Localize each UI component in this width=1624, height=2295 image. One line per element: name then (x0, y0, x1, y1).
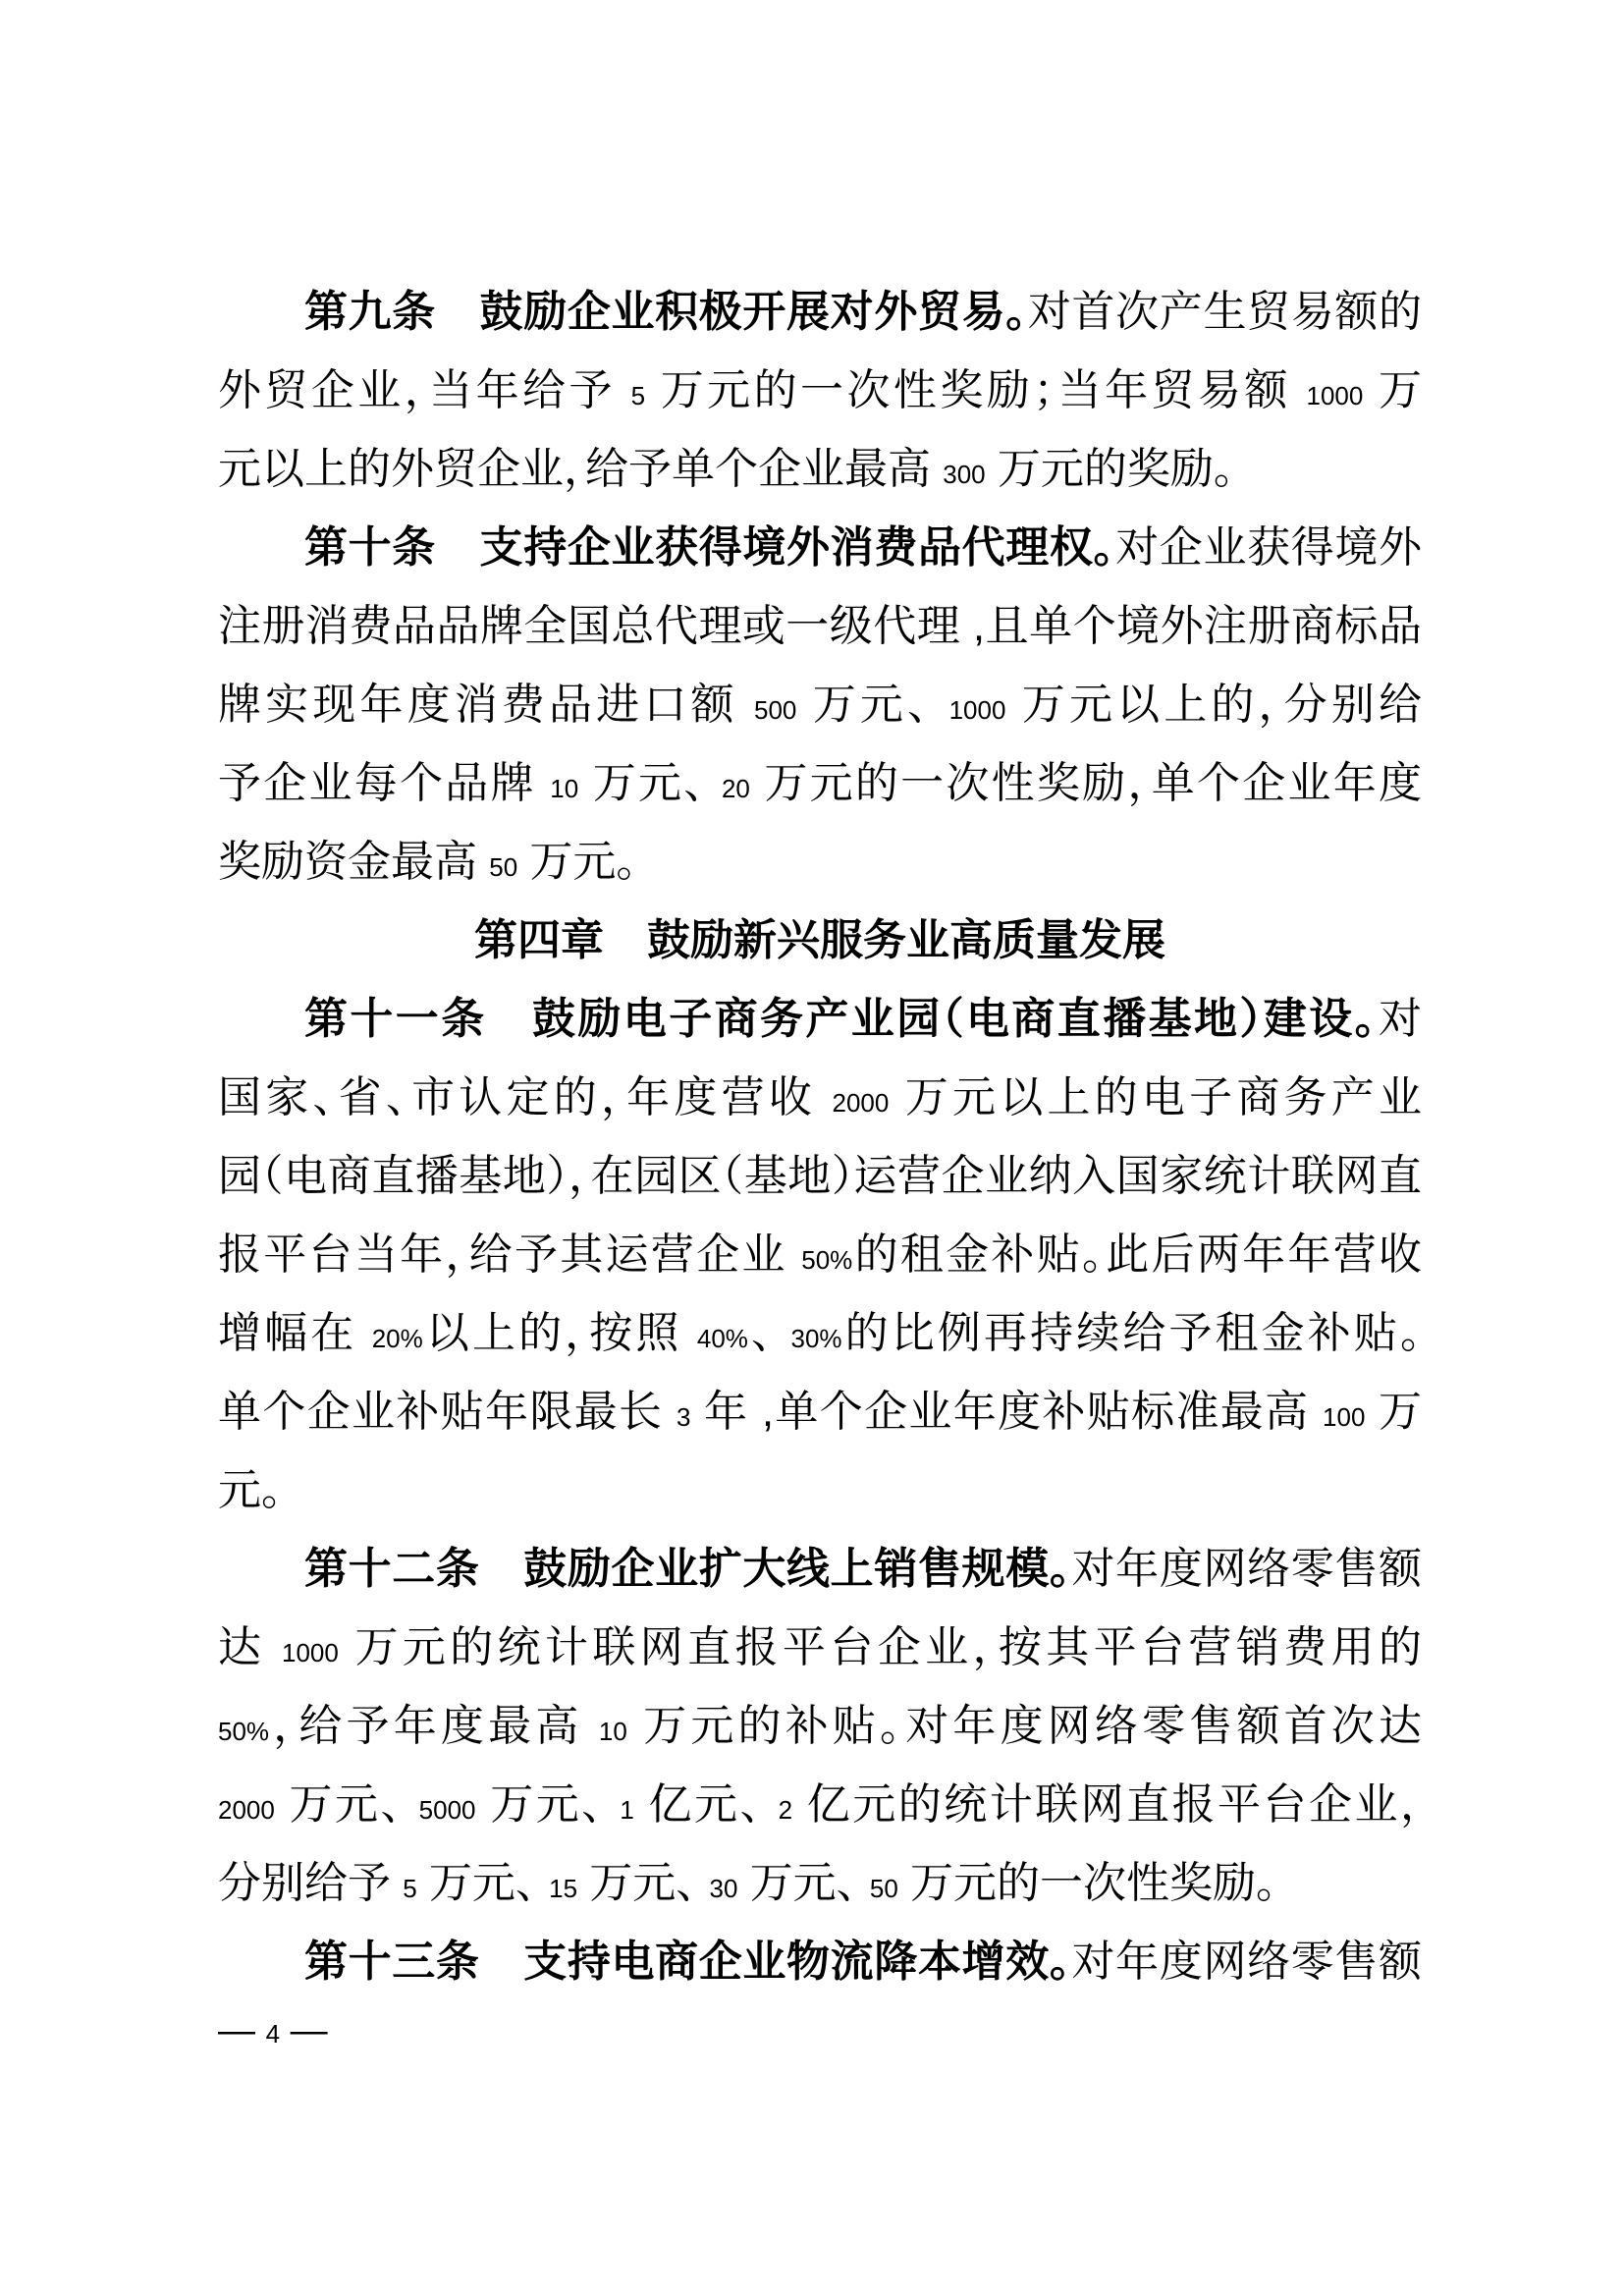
line-text: 50%，给予年度最高 10 万元的补贴。对年度网络零售额首次达 (218, 1702, 1422, 1750)
text-line: 达 1000 万元的统计联网直报平台企业，按其平台营销费用的 (218, 1609, 1422, 1687)
text-line: 分别给予 5 万元、 15 万元、 30 万元、 50 万元的一次性奖励。 (218, 1844, 1422, 1923)
text-line: 国家、省、市认定的，年度营收 2000 万元以上的电子商务产业 (218, 1059, 1422, 1137)
text-line: 牌实现年度消费品进口额 500 万元、 1000 万元以上的，分别给 (218, 666, 1422, 744)
line-text: 增幅在 20%以上的，按照 40%、 30%的比例再持续给予租金补贴。 (218, 1309, 1422, 1357)
line-text: 对 (1379, 995, 1422, 1043)
line-text: 报平台当年，给予其运营企业 50%的租金补贴。此后两年年营收 (218, 1230, 1422, 1279)
line-text: 予企业每个品牌 10 万元、 20 万元的一次性奖励，单个企业年度 (218, 759, 1422, 807)
line-text: 对年度网络零售额 (1072, 1545, 1422, 1593)
article-10-heading: 第十条 支持企业获得境外消费品代理权。 (304, 523, 1115, 572)
line-text: 对企业获得境外 (1115, 523, 1422, 572)
article-12-heading: 第十二条 鼓励企业扩大线上销售规模。 (304, 1545, 1072, 1593)
line-text: 国家、省、市认定的，年度营收 2000 万元以上的电子商务产业 (218, 1073, 1422, 1121)
line-text: 对首次产生贸易额的 (1028, 288, 1422, 336)
text-line: 元。 (218, 1451, 1422, 1530)
document-page: 第九条 鼓励企业积极开展对外贸易。对首次产生贸易额的 外贸企业，当年给予 5 万… (0, 0, 1624, 2295)
text-line: 单个企业补贴年限最长 3 年 ,单个企业年度补贴标准最高 100 万 (218, 1373, 1422, 1451)
document-body: 第九条 鼓励企业积极开展对外贸易。对首次产生贸易额的 外贸企业，当年给予 5 万… (218, 273, 1422, 2001)
line-text: 达 1000 万元的统计联网直报平台企业，按其平台营销费用的 (218, 1623, 1422, 1671)
text-line: 予企业每个品牌 10 万元、 20 万元的一次性奖励，单个企业年度 (218, 744, 1422, 823)
line-text: 牌实现年度消费品进口额 500 万元、 1000 万元以上的，分别给 (218, 681, 1422, 729)
page-number-text: — 4 — (218, 2010, 328, 2051)
text-line: 50%，给予年度最高 10 万元的补贴。对年度网络零售额首次达 (218, 1687, 1422, 1766)
chapter-4-heading: 第四章 鼓励新兴服务业高质量发展 (474, 916, 1165, 964)
text-line: 第十条 支持企业获得境外消费品代理权。对企业获得境外 (218, 509, 1422, 587)
line-text: 奖励资金最高 50 万元。 (218, 838, 637, 886)
line-text: 分别给予 5 万元、 15 万元、 30 万元、 50 万元的一次性奖励。 (218, 1859, 1277, 1907)
text-line: 注册消费品品牌全国总代理或一级代理 ,且单个境外注册商标品 (218, 587, 1422, 666)
line-text: 园（电商直播基地），在园区（基地）运营企业纳入国家统计联网直 (218, 1152, 1422, 1200)
article-9-heading: 第九条 鼓励企业积极开展对外贸易。 (304, 288, 1028, 336)
text-line: 园（电商直播基地），在园区（基地）运营企业纳入国家统计联网直 (218, 1137, 1422, 1216)
text-line: 第九条 鼓励企业积极开展对外贸易。对首次产生贸易额的 (218, 273, 1422, 352)
text-line: 元以上的外贸企业，给予单个企业最高 300 万元的奖励。 (218, 430, 1422, 509)
text-line: 奖励资金最高 50 万元。 (218, 823, 1422, 902)
text-line: 外贸企业，当年给予 5 万元的一次性奖励；当年贸易额 1000 万 (218, 352, 1422, 430)
line-text: 外贸企业，当年给予 5 万元的一次性奖励；当年贸易额 1000 万 (218, 366, 1422, 414)
text-line: 2000 万元、 5000 万元、 1 亿元、 2 亿元的统计联网直报平台企业， (218, 1766, 1422, 1844)
text-line: 第十三条 支持电商企业物流降本增效。对年度网络零售额 (218, 1923, 1422, 2001)
article-13-heading: 第十三条 支持电商企业物流降本增效。 (304, 1938, 1072, 1986)
text-line: 增幅在 20%以上的，按照 40%、 30%的比例再持续给予租金补贴。 (218, 1294, 1422, 1373)
line-text: 元以上的外贸企业，给予单个企业最高 300 万元的奖励。 (218, 445, 1235, 493)
line-text: 2000 万元、 5000 万元、 1 亿元、 2 亿元的统计联网直报平台企业， (218, 1780, 1422, 1829)
text-line: 报平台当年，给予其运营企业 50%的租金补贴。此后两年年营收 (218, 1216, 1422, 1294)
page-number: — 4 — (218, 2009, 328, 2055)
text-line: 第十一条 鼓励电子商务产业园（电商直播基地）建设。对 (218, 980, 1422, 1059)
line-text: 元。 (218, 1466, 283, 1514)
article-11-heading: 第十一条 鼓励电子商务产业园（电商直播基地）建设。 (304, 995, 1379, 1043)
chapter-heading-line: 第四章 鼓励新兴服务业高质量发展 (218, 902, 1422, 980)
text-line: 第十二条 鼓励企业扩大线上销售规模。对年度网络零售额 (218, 1530, 1422, 1609)
line-text: 单个企业补贴年限最长 3 年 ,单个企业年度补贴标准最高 100 万 (218, 1388, 1422, 1436)
line-text: 对年度网络零售额 (1072, 1938, 1422, 1986)
line-text: 注册消费品品牌全国总代理或一级代理 ,且单个境外注册商标品 (218, 602, 1422, 650)
